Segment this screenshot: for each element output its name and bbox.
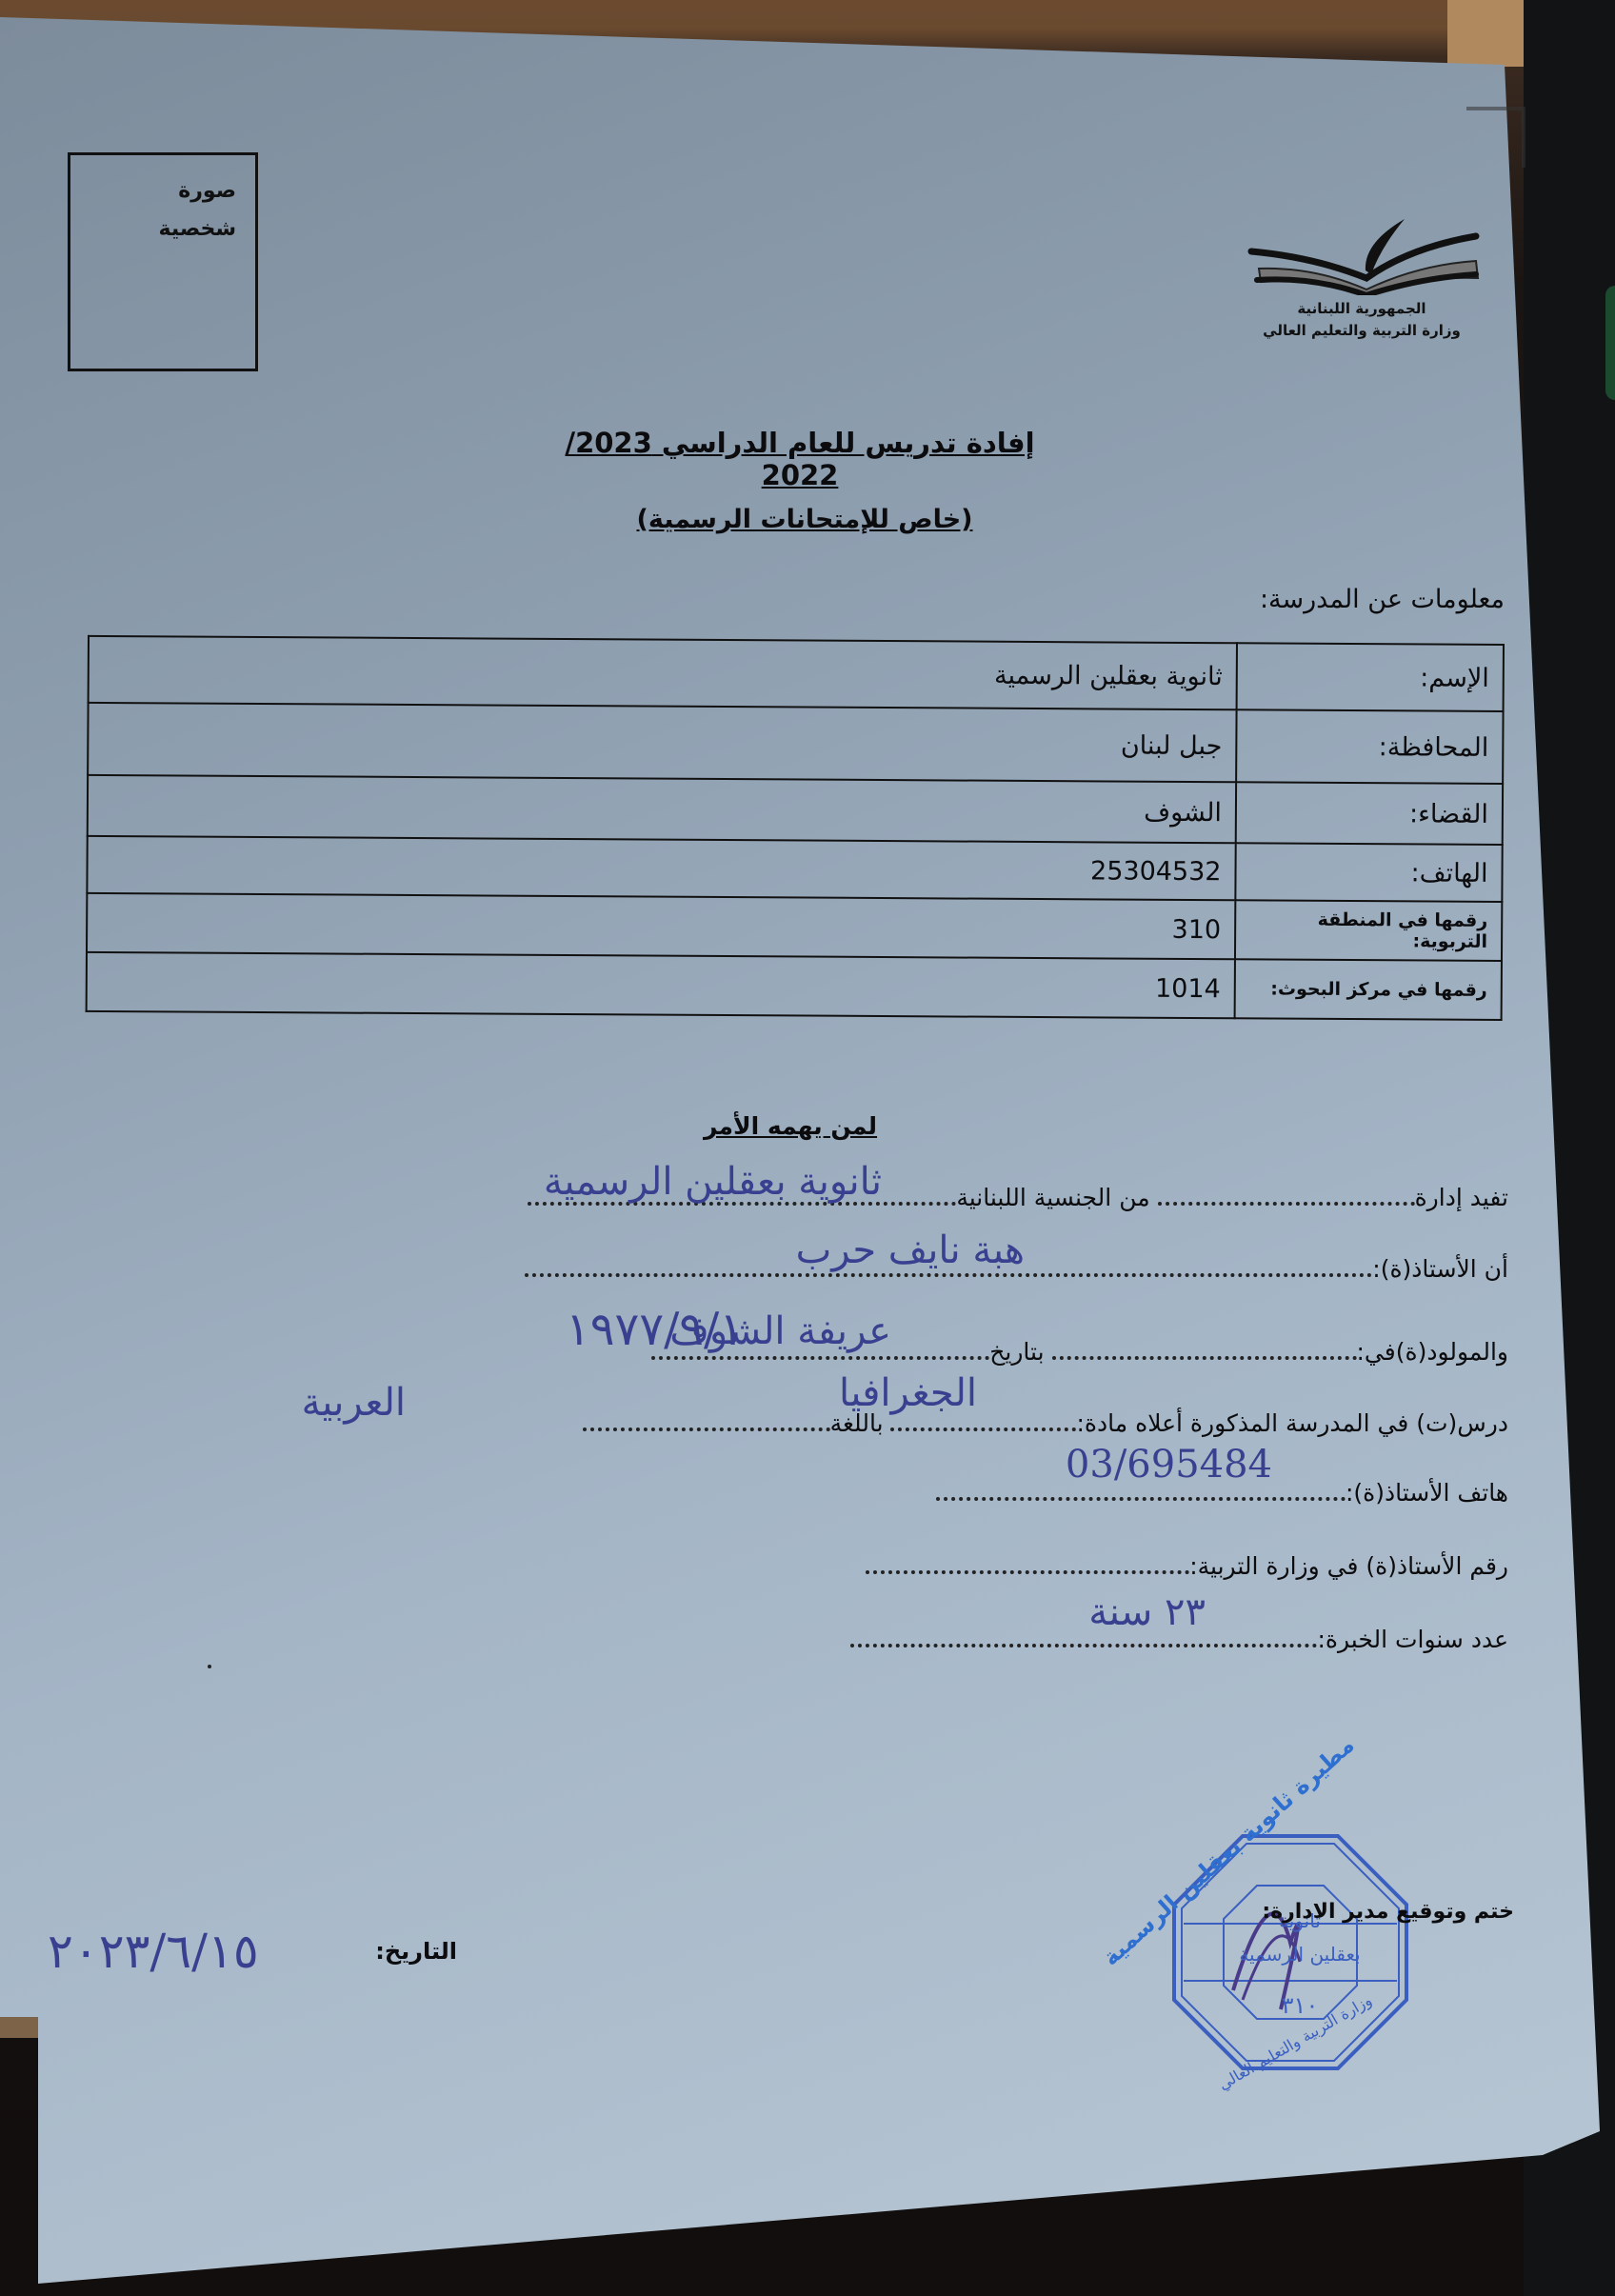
school-info-table: الإسم: ثانوية بعقلين الرسمية المحافظة: ج… [86, 635, 1505, 1021]
table-row: الإسم: ثانوية بعقلين الرسمية [89, 636, 1504, 711]
row-value: ثانوية بعقلين الرسمية [89, 636, 1237, 709]
handwritten-subject: الجغرافيا [839, 1371, 977, 1415]
signature-label: ختم وتوقيع مدير الادارة: [1162, 1900, 1514, 1924]
handwritten-teacher-name: هبة نايف حرب [796, 1228, 1025, 1272]
table-row: رقمها في مركز البحوث: 1014 [87, 952, 1502, 1020]
background-cardboard [1447, 0, 1524, 67]
table-row: الهاتف: 25304532 [87, 836, 1502, 902]
logo-line2: وزارة التربية والتعليم العالي [1238, 322, 1485, 339]
ministry-logo: الجمهورية اللبنانية وزارة التربية والتعل… [1238, 190, 1485, 343]
handwritten-experience-years: ٢٣ سنة [1088, 1590, 1206, 1634]
row-label: رقمها في مركز البحوث: [1235, 959, 1502, 1020]
line-ministry-number: رقم الأستاذ(ة) في وزارة التربية: [866, 1552, 1508, 1580]
handwritten-school-name: ثانوية بعقلين الرسمية [544, 1160, 882, 1204]
photo-box-label-line2: شخصية [159, 210, 237, 249]
line-subject: درس(ت) في المدرسة المذكورة أعلاه مادة: ب… [583, 1409, 1508, 1437]
stamp-inner-line2: بعقلين الرسمية [1219, 1943, 1381, 1966]
photo-box-label-line1: صورة [159, 172, 237, 210]
personal-photo-box: صورة شخصية [68, 152, 258, 371]
handwritten-language: العربية [302, 1381, 406, 1425]
row-label: القضاء: [1236, 782, 1503, 845]
row-label: الإسم: [1237, 643, 1504, 711]
handwritten-birthdate: ١٩٧٧/٩/١ [566, 1303, 744, 1356]
row-label: الهاتف: [1235, 843, 1502, 902]
row-value: 25304532 [87, 836, 1235, 900]
row-value: 1014 [87, 952, 1235, 1018]
table-row: القضاء: الشوف [88, 775, 1503, 845]
table-row: المحافظة: جبل لبنان [88, 703, 1503, 784]
row-label: المحافظة: [1236, 709, 1503, 784]
handwritten-teacher-phone: 03/695484 [1066, 1443, 1272, 1487]
handwritten-date: ٢٠٢٣/٦/١٥ [48, 1924, 259, 1979]
row-value: الشوف [88, 775, 1236, 843]
background-green-object [1605, 286, 1615, 400]
logo-line1: الجمهورية اللبنانية [1238, 300, 1485, 317]
row-label: رقمها في المنطقة التربوية: [1235, 900, 1502, 961]
open-book-emblem-icon [1238, 190, 1485, 295]
to-whom-it-may-concern-heading: لمن يهمه الأمر [686, 1112, 895, 1140]
table-row: رقمها في المنطقة التربوية: 310 [87, 893, 1502, 961]
school-info-label: معلومات عن المدرسة: [1143, 585, 1505, 614]
paper-speck [208, 1665, 211, 1668]
row-value: جبل لبنان [88, 703, 1236, 782]
page-title: إفادة تدريس للعام الدراسي 2023/ 2022 [543, 427, 1057, 491]
page-subtitle: (خاص للإمتحانات الرسمية) [628, 505, 981, 534]
row-value: 310 [87, 893, 1235, 959]
corner-crop-mark [1466, 107, 1525, 168]
date-label: التاريخ: [352, 1938, 457, 1965]
